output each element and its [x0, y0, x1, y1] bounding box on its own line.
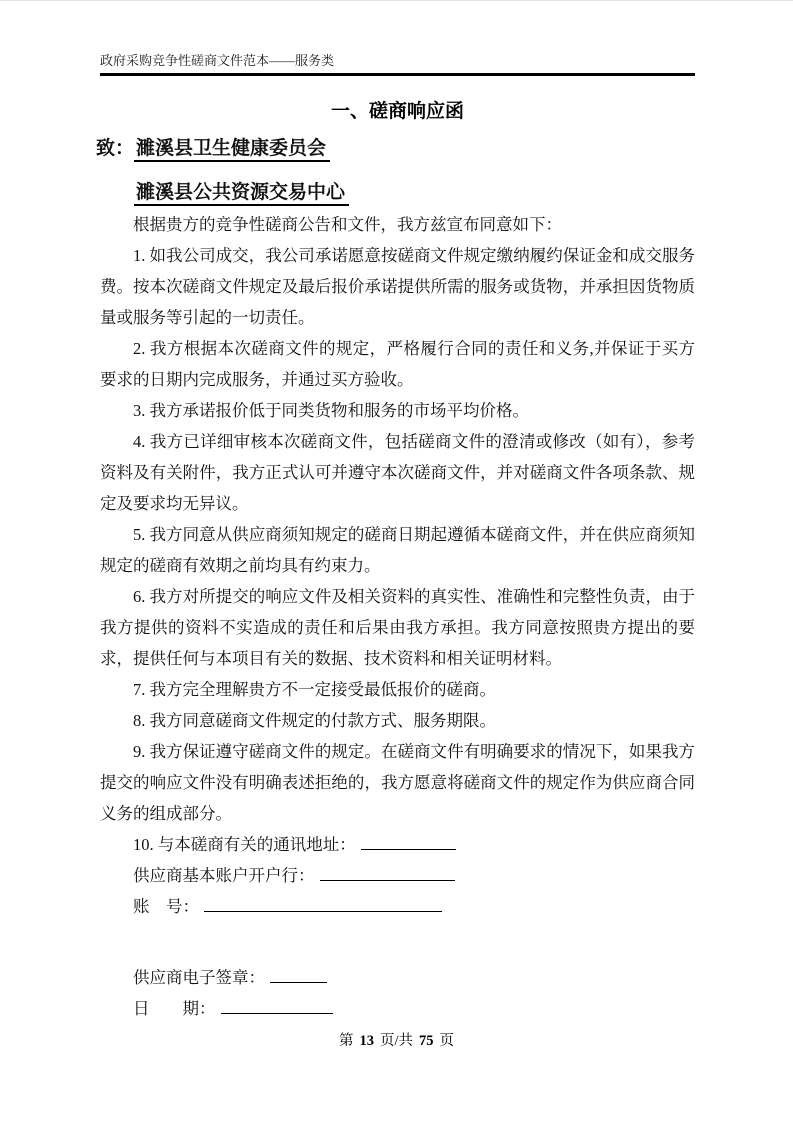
field-line-address: 10. 与本磋商有关的通讯地址： [100, 829, 695, 860]
field-label-address: 10. 与本磋商有关的通讯地址： [133, 835, 356, 854]
page-title: 一、磋商响应函 [100, 99, 695, 125]
clause-2: 2. 我方根据本次磋商文件的规定，严格履行合同的责任和义务,并保证于买方要求的日… [100, 333, 695, 395]
footer-separator: 页/共 [379, 1033, 414, 1049]
vertical-spacer [100, 922, 695, 962]
clause-9: 9. 我方保证遵守磋商文件的规定。在磋商文件有明确要求的情况下，如果我方提交的响… [100, 736, 695, 829]
clause-4: 4. 我方已详细审核本次磋商文件，包括磋商文件的澄清或修改（如有），参考资料及有… [100, 426, 695, 519]
field-blank-date [221, 1000, 333, 1014]
field-line-account: 账 号： [100, 891, 695, 922]
field-line-bank: 供应商基本账户开户行： [100, 860, 695, 891]
clause-3: 3. 我方承诺报价低于同类货物和服务的市场平均价格。 [100, 395, 695, 426]
footer-total-pages: 75 [414, 1033, 439, 1049]
clause-5: 5. 我方同意从供应商须知规定的磋商日期起遵循本磋商文件，并在供应商须知规定的磋… [100, 519, 695, 581]
field-label-signature: 供应商电子签章： [133, 968, 265, 987]
field-blank-account [204, 898, 442, 912]
field-label-bank: 供应商基本账户开户行： [133, 866, 315, 885]
footer-suffix: 页 [439, 1033, 456, 1049]
footer-prefix: 第 [338, 1033, 355, 1049]
recipient-block: 致：濉溪县卫生健康委员会 濉溪县公共资源交易中心 [96, 134, 695, 209]
clause-7: 7. 我方完全理解贵方不一定接受最低报价的磋商。 [100, 674, 695, 705]
document-body: 根据贵方的竞争性磋商公告和文件，我方兹宣布同意如下： 1. 如我公司成交，我公司… [100, 209, 695, 1024]
footer-page-number: 13 [354, 1033, 379, 1049]
field-line-signature: 供应商电子签章： [100, 962, 695, 993]
header-text: 政府采购竞争性磋商文件范本——服务类 [100, 53, 334, 68]
field-blank-address [361, 836, 456, 850]
recipient-line-1: 致：濉溪县卫生健康委员会 [96, 134, 695, 165]
page-footer: 第13页/共75页 [0, 1031, 793, 1051]
field-label-account: 账 号： [133, 897, 199, 916]
clause-8: 8. 我方同意磋商文件规定的付款方式、服务期限。 [100, 705, 695, 736]
clause-1: 1. 如我公司成交，我公司承诺愿意按磋商文件规定缴纳履约保证金和成交服务费。按本… [100, 240, 695, 333]
intro-paragraph: 根据贵方的竞争性磋商公告和文件，我方兹宣布同意如下： [100, 209, 695, 240]
recipient-name-1: 濉溪县卫生健康委员会 [134, 138, 330, 162]
field-label-date: 日 期： [133, 999, 216, 1018]
field-line-date: 日 期： [100, 993, 695, 1024]
to-label: 致： [96, 138, 134, 159]
clause-6: 6. 我方对所提交的响应文件及相关资料的真实性、准确性和完整性负责，由于我方提供… [100, 581, 695, 674]
field-blank-bank [320, 867, 455, 881]
field-blank-signature [270, 969, 327, 983]
recipient-name-2: 濉溪县公共资源交易中心 [134, 182, 349, 206]
page-header: 政府采购竞争性磋商文件范本——服务类 [100, 53, 695, 69]
document-page: 政府采购竞争性磋商文件范本——服务类 一、磋商响应函 致：濉溪县卫生健康委员会 … [0, 0, 793, 1122]
header-rule [100, 73, 695, 76]
recipient-line-2: 濉溪县公共资源交易中心 [96, 178, 695, 209]
